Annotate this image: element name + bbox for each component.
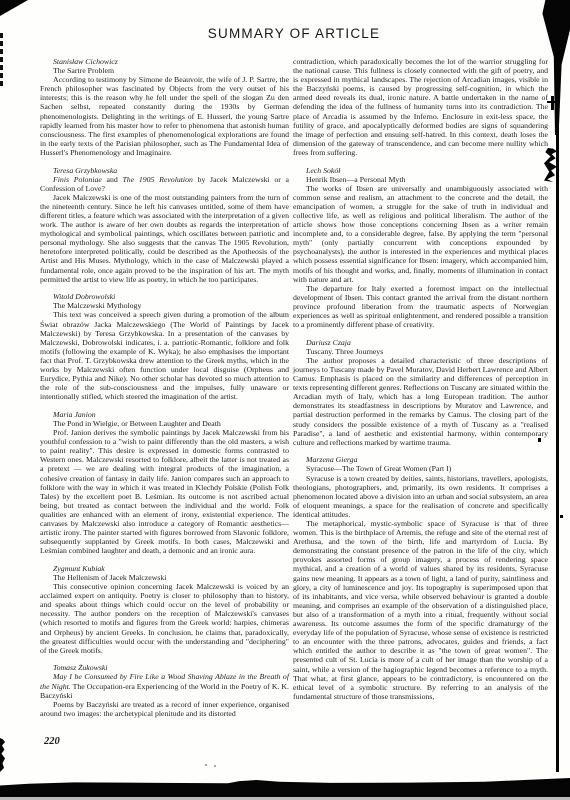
scan-artifact-speck — [538, 438, 541, 442]
section-paragraph: The author proposes a detailed character… — [293, 356, 548, 447]
summary-section: Lech SokółHenrik Ibsen—a Personal MythTh… — [293, 166, 548, 330]
scan-artifact-left-edge-mark — [0, 738, 5, 772]
page-title: SUMMARY OF ARTICLE — [40, 26, 548, 41]
section-author: Witold Dobrowolski — [40, 292, 289, 301]
section-author: Dariusz Czaja — [293, 338, 548, 347]
summary-section: Witold DobrowolskiThe Malczewski Mytholo… — [40, 292, 289, 401]
summary-section: Maria JanionThe Pond in Wielgie, or Betw… — [40, 410, 289, 556]
section-title: Henrik Ibsen—a Personal Myth — [293, 175, 548, 184]
scan-artifact-left-edge-streak — [0, 33, 3, 89]
section-paragraph: This consecutive opinion concerning Jace… — [40, 582, 289, 655]
section-paragraph: contradiction, which paradoxically becom… — [293, 57, 548, 157]
section-paragraph: According to testimony by Simone de Beau… — [40, 75, 289, 157]
summary-section: Marzena GiergaSyracuse—The Town of Great… — [293, 455, 548, 701]
scanned-document-page: SUMMARY OF ARTICLE Stanisław CichowiczTh… — [0, 0, 570, 800]
section-author: Tomasz Żukowski — [40, 663, 289, 672]
section-paragraph: Poems by Baczyński are treated as a reco… — [40, 700, 289, 718]
section-paragraph: Syracuse is a town created by deities, s… — [293, 474, 548, 519]
summary-section: Stanisław CichowiczThe Sartre ProblemAcc… — [40, 57, 289, 157]
scan-artifact-right-tick — [547, 101, 557, 103]
section-paragraph: The departure for Italy exerted a foremo… — [293, 284, 548, 329]
summary-section: Teresa GrzybkowskaFinis Poloniae and The… — [40, 166, 289, 284]
section-paragraph: Prof. Janion derives the symbolic painti… — [40, 428, 289, 555]
section-title: Syracuse—The Town of Great Women (Part I… — [293, 464, 548, 473]
section-author: Lech Sokół — [293, 166, 548, 175]
scan-artifact-speck — [560, 515, 563, 518]
scan-artifact-dot — [205, 764, 207, 766]
section-title: Tuscany. Three Journeys — [293, 347, 548, 356]
page-number: 220 — [44, 736, 60, 747]
scan-artifact-dot — [214, 765, 216, 767]
summary-section: Dariusz CzajaTuscany. Three JourneysThe … — [293, 338, 548, 447]
section-title: The Malczewski Mythology — [40, 301, 289, 310]
section-paragraph: Jacek Malczewski is one of the most outs… — [40, 193, 289, 284]
summary-section: Zygmunt KubiakThe Hellenism of Jacek Mal… — [40, 564, 289, 655]
section-author: Marzena Gierga — [293, 455, 548, 464]
section-paragraph: This text was conceived a speech given d… — [40, 310, 289, 401]
section-title: The Hellenism of Jacek Malczewski — [40, 573, 289, 582]
scan-artifact-top-left-triangle — [0, 0, 28, 16]
section-author: Teresa Grzybkowska — [40, 166, 289, 175]
left-column: Stanisław CichowiczThe Sartre ProblemAcc… — [40, 57, 289, 726]
section-title: Finis Poloniae and The 1905 Revolution b… — [40, 175, 289, 193]
section-title: The Pond in Wielgie, or Between Laughter… — [40, 419, 289, 428]
section-paragraph: The metaphorical, mystic-symbolic space … — [293, 519, 548, 701]
section-author: Stanisław Cichowicz — [40, 57, 289, 66]
section-author: Zygmunt Kubiak — [40, 564, 289, 573]
section-title: May I be Consumed by Fire Like a Wood Sh… — [40, 672, 289, 699]
scan-artifact-right-tick — [551, 96, 554, 110]
section-author: Maria Janion — [40, 410, 289, 419]
summary-section: contradiction, which paradoxically becom… — [293, 57, 548, 157]
summary-section: Tomasz ŻukowskiMay I be Consumed by Fire… — [40, 663, 289, 718]
section-paragraph: The works of Ibsen are universally and u… — [293, 184, 548, 284]
section-title: The Sartre Problem — [40, 66, 289, 75]
right-column: contradiction, which paradoxically becom… — [293, 57, 548, 709]
